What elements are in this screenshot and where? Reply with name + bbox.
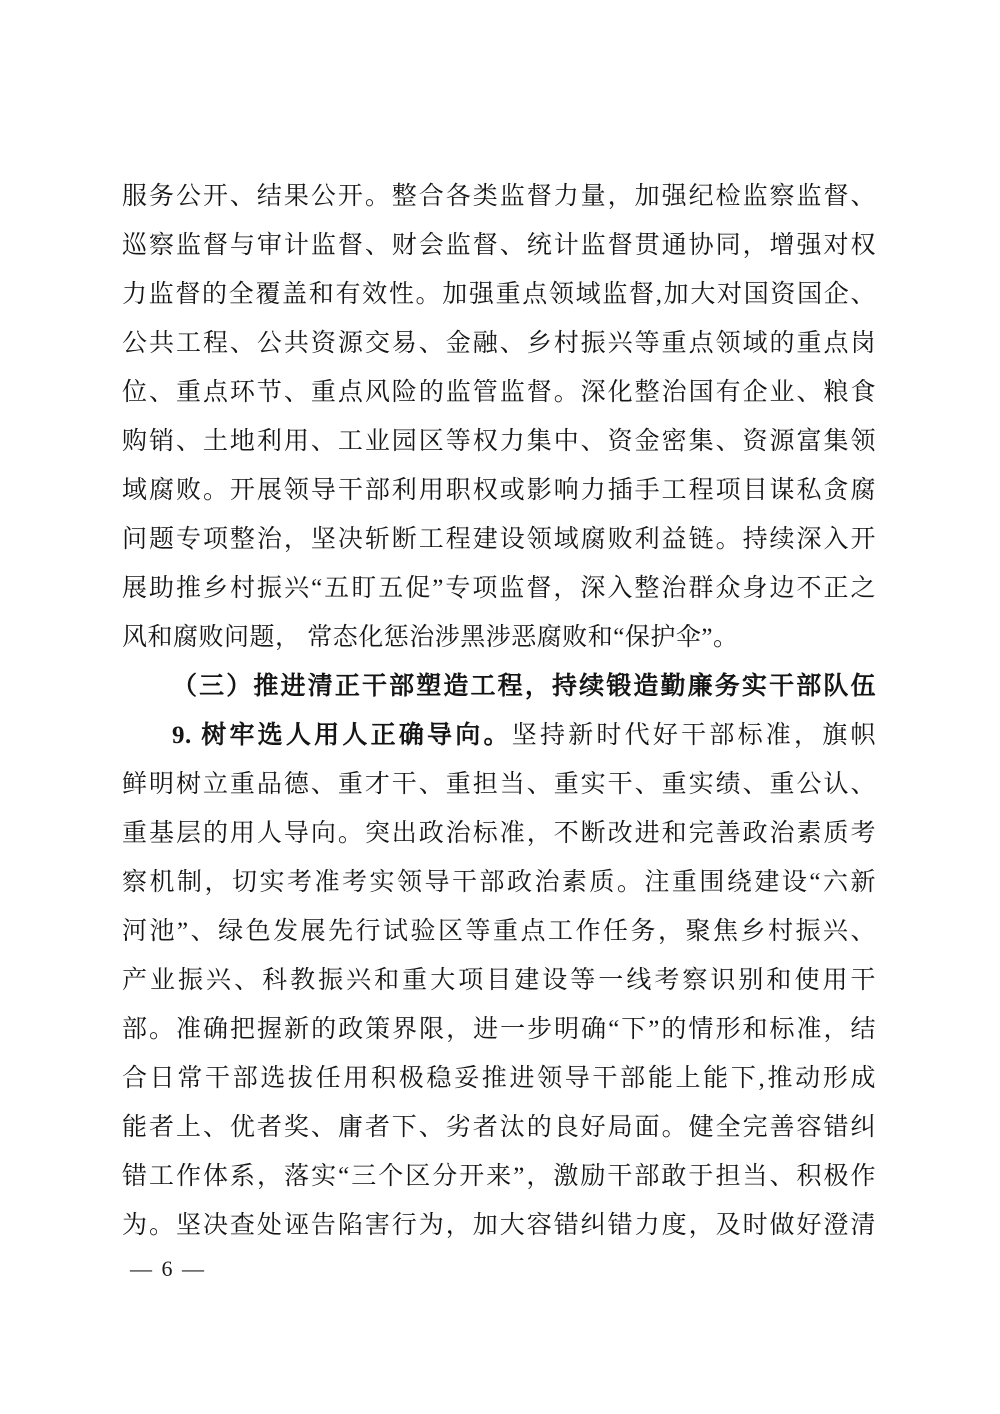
page-number: — 6 — xyxy=(130,1256,206,1281)
text-line: 公共工程、公共资源交易、金融、乡村振兴等重点领域的重点岗 xyxy=(122,319,876,368)
text-line: 错工作体系，落实“三个区分开来”，激励干部敢于担当、积极作 xyxy=(122,1152,876,1201)
text-line: 重基层的用人导向。突出政治标准，不断改进和完善政治素质考 xyxy=(122,809,876,858)
item-9-number-title: 9. 树牢选人用人正确导向。 xyxy=(172,722,512,749)
text-line: 展助推乡村振兴“五盯五促”专项监督，深入整治群众身边不正之 xyxy=(122,564,876,613)
page-body: 服务公开、结果公开。整合各类监督力量，加强纪检监察监督、 巡察监督与审计监督、财… xyxy=(122,172,876,1250)
text-line: 风和腐败问题， 常态化惩治涉黑涉恶腐败和“保护伞”。 xyxy=(122,613,876,662)
document-page: 服务公开、结果公开。整合各类监督力量，加强纪检监察监督、 巡察监督与审计监督、财… xyxy=(0,0,1000,1414)
item-9-lead-rest: 坚持新时代好干部标准，旗帜 xyxy=(512,722,876,749)
text-line: 能者上、优者奖、庸者下、劣者汰的良好局面。健全完善容错纠 xyxy=(122,1103,876,1152)
text-line: 购销、土地利用、工业园区等权力集中、资金密集、资源富集领 xyxy=(122,417,876,466)
text-line: 域腐败。开展领导干部利用职权或影响力插手工程项目谋私贪腐 xyxy=(122,466,876,515)
paragraph-continued: 服务公开、结果公开。整合各类监督力量，加强纪检监察监督、 巡察监督与审计监督、财… xyxy=(122,172,876,662)
text-line: 力监督的全覆盖和有效性。加强重点领域监督,加大对国资国企、 xyxy=(122,270,876,319)
text-line: 位、重点环节、重点风险的监管监督。深化整治国有企业、粮食 xyxy=(122,368,876,417)
section-heading: （三）推进清正干部塑造工程，持续锻造勤廉务实干部队伍 xyxy=(122,662,876,711)
text-line: 鲜明树立重品德、重才干、重担当、重实干、重实绩、重公认、 xyxy=(122,760,876,809)
text-line: 产业振兴、科教振兴和重大项目建设等一线考察识别和使用干 xyxy=(122,956,876,1005)
text-line: 部。准确把握新的政策界限，进一步明确“下”的情形和标准，结 xyxy=(122,1005,876,1054)
page-footer: — 6 — xyxy=(130,1256,206,1282)
text-line: 察机制，切实考准考实领导干部政治素质。注重围绕建设“六新 xyxy=(122,858,876,907)
paragraph-item-9: 鲜明树立重品德、重才干、重担当、重实干、重实绩、重公认、 重基层的用人导向。突出… xyxy=(122,760,876,1250)
text-line: 问题专项整治，坚决斩断工程建设领域腐败利益链。持续深入开 xyxy=(122,515,876,564)
text-line: 合日常干部选拔任用积极稳妥推进领导干部能上能下,推动形成 xyxy=(122,1054,876,1103)
item-9-lead-line: 9. 树牢选人用人正确导向。坚持新时代好干部标准，旗帜 xyxy=(122,711,876,760)
text-line: 为。坚决查处诬告陷害行为，加大容错纠错力度，及时做好澄清 xyxy=(122,1201,876,1250)
text-line: 服务公开、结果公开。整合各类监督力量，加强纪检监察监督、 xyxy=(122,172,876,221)
text-line: 河池”、绿色发展先行试验区等重点工作任务，聚焦乡村振兴、 xyxy=(122,907,876,956)
text-line: 巡察监督与审计监督、财会监督、统计监督贯通协同，增强对权 xyxy=(122,221,876,270)
